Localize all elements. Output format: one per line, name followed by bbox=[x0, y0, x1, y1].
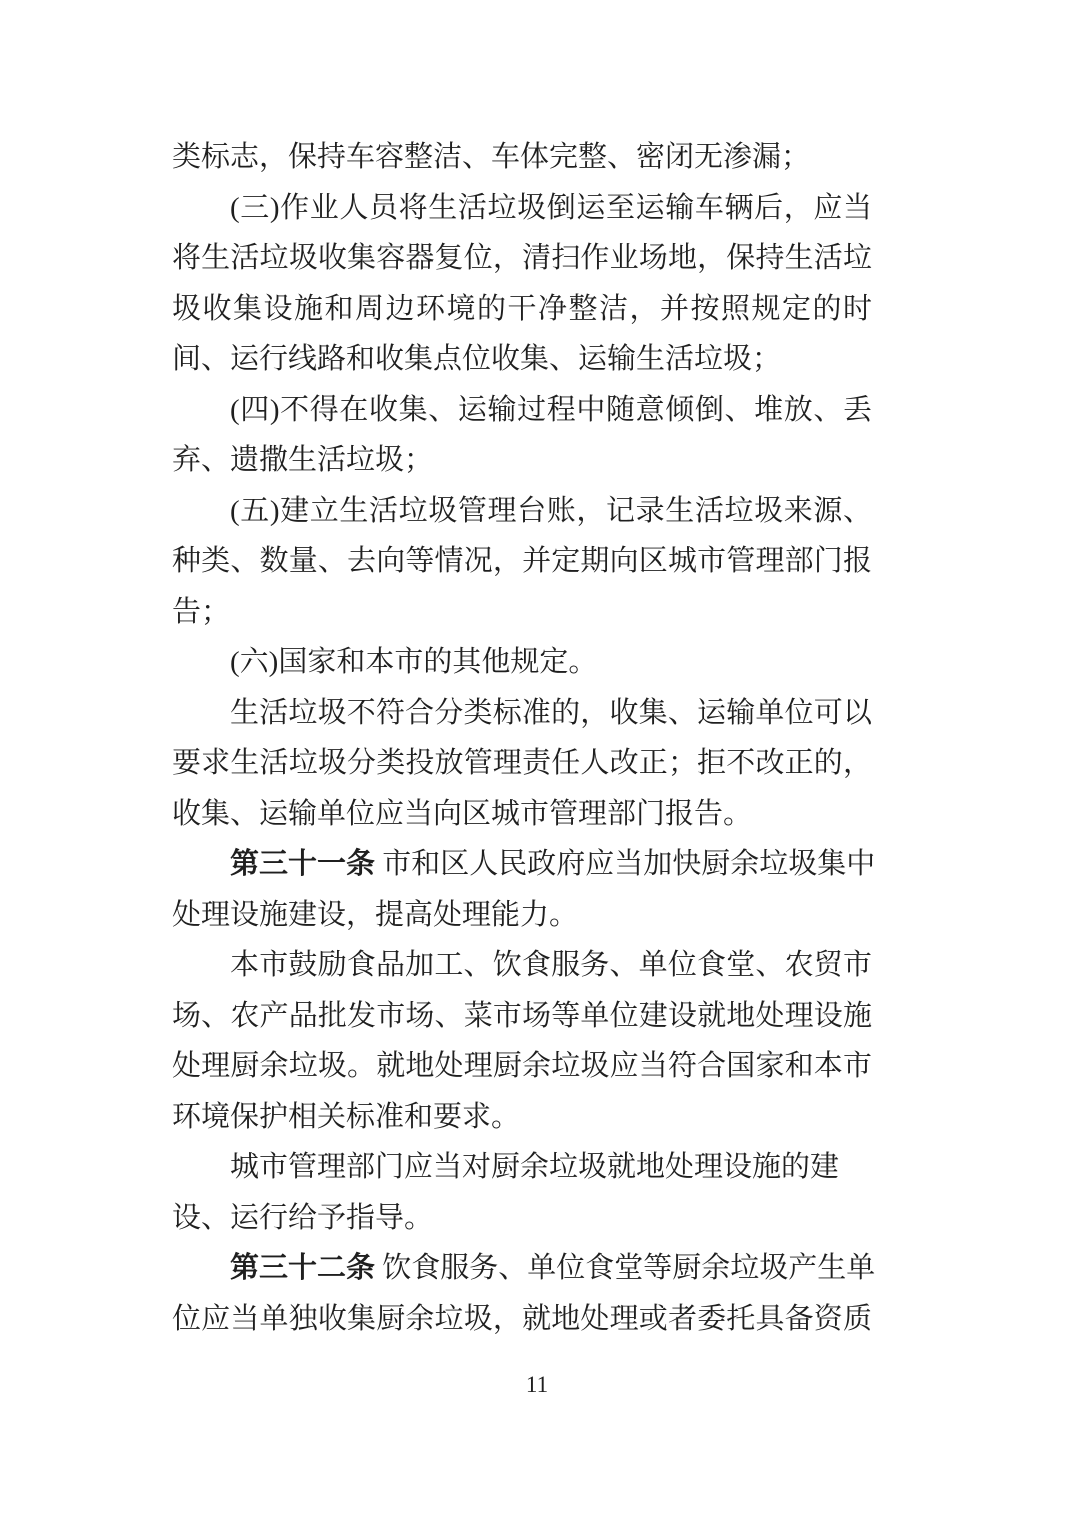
text-line: 场、农产品批发市场、菜市场等单位建设就地处理设施 bbox=[172, 991, 872, 1042]
text-run: (四)不得在收集、运输过程中随意倾倒、堆放、丢 bbox=[230, 394, 872, 426]
text-line: 类标志，保持车容整洁、车体完整、密闭无渗漏； bbox=[172, 132, 872, 183]
text-run: 位应当单独收集厨余垃圾，就地处理或者委托具备资质 bbox=[172, 1303, 872, 1335]
document-body: 类标志，保持车容整洁、车体完整、密闭无渗漏；(三)作业人员将生活垃圾倒运至运输车… bbox=[172, 132, 872, 1344]
text-line: (四)不得在收集、运输过程中随意倾倒、堆放、丢 bbox=[172, 385, 872, 436]
text-run: 场、农产品批发市场、菜市场等单位建设就地处理设施 bbox=[172, 1000, 872, 1032]
text-run: 要求生活垃圾分类投放管理责任人改正；拒不改正的， bbox=[172, 747, 872, 779]
text-line: 处理设施建设，提高处理能力。 bbox=[172, 890, 872, 941]
document-page: 类标志，保持车容整洁、车体完整、密闭无渗漏；(三)作业人员将生活垃圾倒运至运输车… bbox=[0, 0, 1074, 1520]
text-line: 收集、运输单位应当向区城市管理部门报告。 bbox=[172, 789, 872, 840]
text-run: 市和区人民政府应当加快厨余垃圾集中 bbox=[375, 848, 875, 880]
text-line: 告； bbox=[172, 587, 872, 638]
text-line: (五)建立生活垃圾管理台账，记录生活垃圾来源、 bbox=[172, 486, 872, 537]
text-run: 生活垃圾不符合分类标准的，收集、运输单位可以 bbox=[230, 697, 872, 729]
article-heading: 第三十一条 bbox=[230, 848, 375, 880]
article-heading: 第三十二条 bbox=[230, 1252, 375, 1284]
text-line: (三)作业人员将生活垃圾倒运至运输车辆后，应当 bbox=[172, 183, 872, 234]
text-run: (六)国家和本市的其他规定。 bbox=[230, 646, 597, 678]
text-run: 收集、运输单位应当向区城市管理部门报告。 bbox=[172, 798, 752, 830]
text-run: 告； bbox=[172, 596, 230, 628]
text-line: 将生活垃圾收集容器复位，清扫作业场地，保持生活垃 bbox=[172, 233, 872, 284]
text-line: 圾收集设施和周边环境的干净整洁，并按照规定的时 bbox=[172, 284, 872, 335]
text-line: 城市管理部门应当对厨余垃圾就地处理设施的建 bbox=[172, 1142, 872, 1193]
text-run: 圾收集设施和周边环境的干净整洁，并按照规定的时 bbox=[172, 293, 872, 325]
text-run: 环境保护相关标准和要求。 bbox=[172, 1101, 520, 1133]
text-run: 城市管理部门应当对厨余垃圾就地处理设施的建 bbox=[230, 1151, 839, 1183]
text-line: 位应当单独收集厨余垃圾，就地处理或者委托具备资质 bbox=[172, 1294, 872, 1345]
text-run: 类标志，保持车容整洁、车体完整、密闭无渗漏； bbox=[172, 141, 810, 173]
text-line: 种类、数量、去向等情况，并定期向区城市管理部门报 bbox=[172, 536, 872, 587]
text-line: 本市鼓励食品加工、饮食服务、单位食堂、农贸市 bbox=[172, 940, 872, 991]
text-line: 生活垃圾不符合分类标准的，收集、运输单位可以 bbox=[172, 688, 872, 739]
text-line: 处理厨余垃圾。就地处理厨余垃圾应当符合国家和本市 bbox=[172, 1041, 872, 1092]
text-run: (三)作业人员将生活垃圾倒运至运输车辆后，应当 bbox=[230, 192, 872, 224]
text-run: (五)建立生活垃圾管理台账，记录生活垃圾来源、 bbox=[230, 495, 872, 527]
text-run: 本市鼓励食品加工、饮食服务、单位食堂、农贸市 bbox=[230, 949, 872, 981]
text-run: 处理厨余垃圾。就地处理厨余垃圾应当符合国家和本市 bbox=[172, 1050, 872, 1082]
text-line: 第三十二条 饮食服务、单位食堂等厨余垃圾产生单 bbox=[172, 1243, 872, 1294]
text-run: 间、运行线路和收集点位收集、运输生活垃圾； bbox=[172, 343, 781, 375]
text-line: 第三十一条 市和区人民政府应当加快厨余垃圾集中 bbox=[172, 839, 872, 890]
page-number: 11 bbox=[0, 1371, 1074, 1399]
text-line: 弃、遗撒生活垃圾； bbox=[172, 435, 872, 486]
text-line: 间、运行线路和收集点位收集、运输生活垃圾； bbox=[172, 334, 872, 385]
text-line: 设、运行给予指导。 bbox=[172, 1193, 872, 1244]
text-run: 处理设施建设，提高处理能力。 bbox=[172, 899, 578, 931]
text-run: 将生活垃圾收集容器复位，清扫作业场地，保持生活垃 bbox=[172, 242, 872, 274]
text-line: (六)国家和本市的其他规定。 bbox=[172, 637, 872, 688]
text-run: 种类、数量、去向等情况，并定期向区城市管理部门报 bbox=[172, 545, 872, 577]
text-run: 设、运行给予指导。 bbox=[172, 1202, 433, 1234]
text-run: 饮食服务、单位食堂等厨余垃圾产生单 bbox=[375, 1252, 875, 1284]
text-run: 弃、遗撒生活垃圾； bbox=[172, 444, 433, 476]
text-line: 要求生活垃圾分类投放管理责任人改正；拒不改正的， bbox=[172, 738, 872, 789]
text-line: 环境保护相关标准和要求。 bbox=[172, 1092, 872, 1143]
